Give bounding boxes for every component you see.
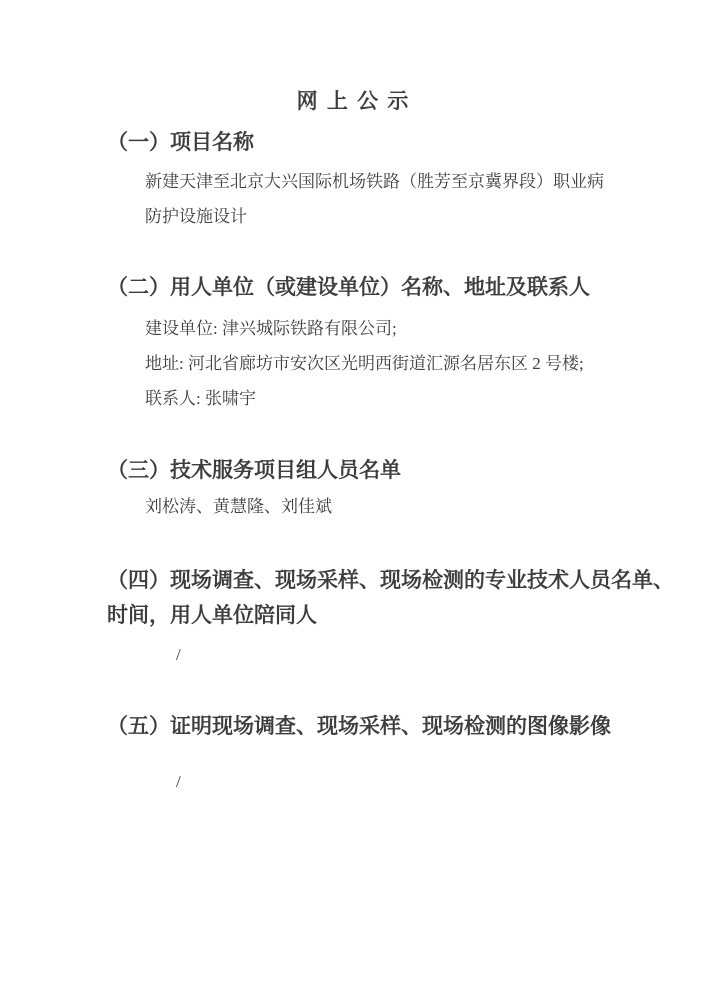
section-1-body-line-2: 防护设施设计 <box>145 207 247 227</box>
section-2-address: 地址: 河北省廊坊市安次区光明西街道汇源名居东区 2 号楼; <box>145 354 584 374</box>
document-page: 网 上 公 示 （一）项目名称 新建天津至北京大兴国际机场铁路（胜芳至京冀界段）… <box>0 0 707 1000</box>
document-title: 网 上 公 示 <box>0 89 707 113</box>
section-2-heading: （二）用人单位（或建设单位）名称、地址及联系人 <box>107 275 590 299</box>
section-5-heading: （五）证明现场调查、现场采样、现场检测的图像影像 <box>107 714 611 738</box>
section-1-heading: （一）项目名称 <box>107 130 254 154</box>
section-4-heading-line-2: 时间，用人单位陪同人 <box>107 603 317 627</box>
section-2-construction-unit: 建设单位: 津兴城际铁路有限公司; <box>145 319 397 339</box>
section-3-heading: （三）技术服务项目组人员名单 <box>107 458 401 482</box>
section-4-empty-placeholder: / <box>176 645 181 665</box>
section-2-contact-person: 联系人: 张啸宇 <box>145 389 256 409</box>
section-5-empty-placeholder: / <box>176 772 181 792</box>
section-1-body-line-1: 新建天津至北京大兴国际机场铁路（胜芳至京冀界段）职业病 <box>145 172 604 192</box>
section-4-heading-line-1: （四）现场调查、现场采样、现场检测的专业技术人员名单、 <box>107 568 674 592</box>
section-3-personnel-list: 刘松涛、黄慧隆、刘佳斌 <box>145 497 332 517</box>
